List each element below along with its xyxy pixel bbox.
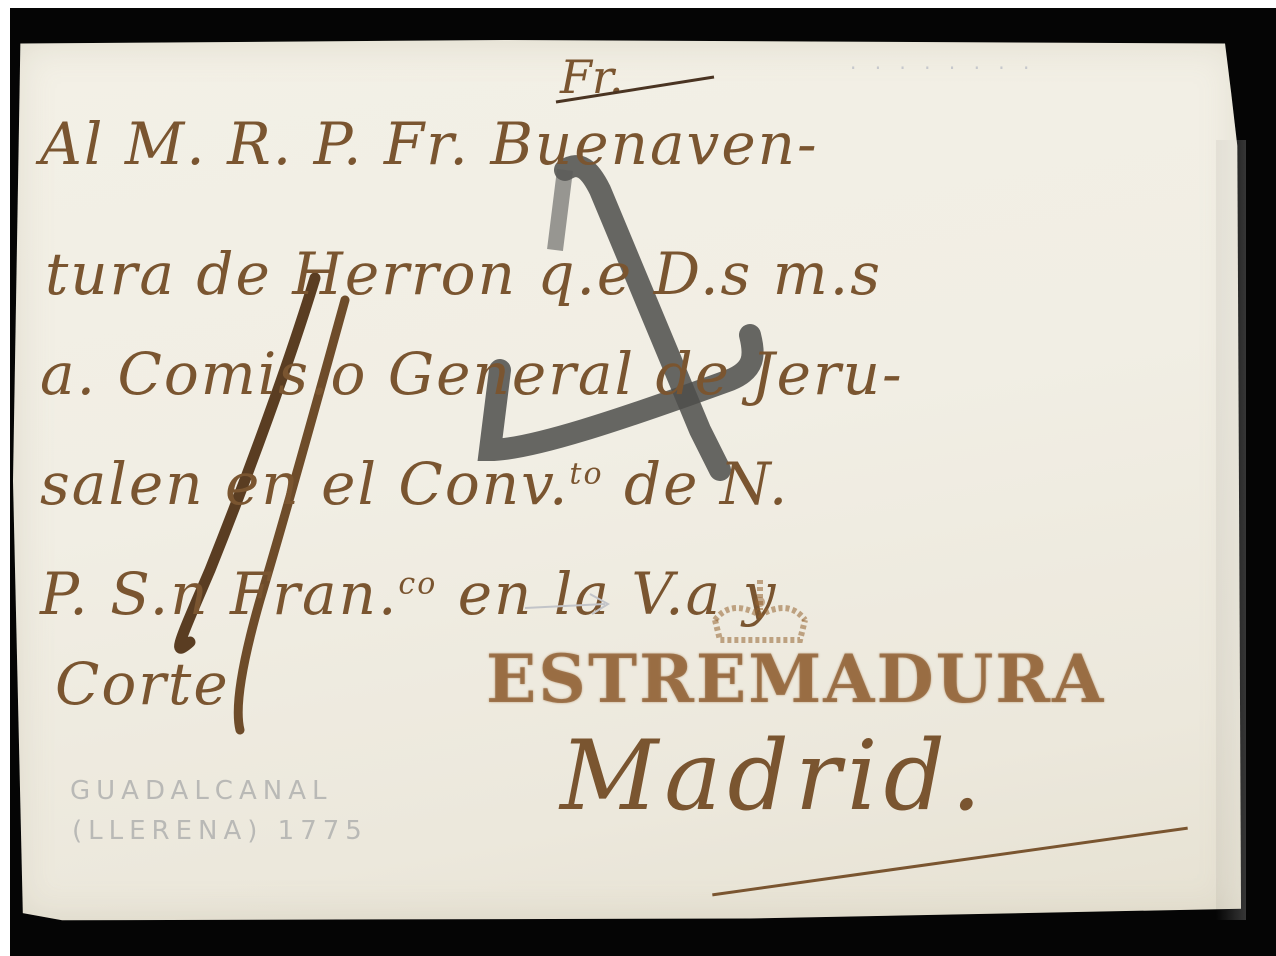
rate-mark-four [470, 130, 790, 490]
address-line-1: Al M. R. P. Fr. Buenaven- [40, 110, 819, 178]
address-line-4: salen en el Conv.to de N. [40, 450, 789, 518]
address-line-5-superscript: co [398, 567, 437, 602]
address-title: Fr. [384, 110, 490, 178]
addressee-name: Buenaven- [490, 110, 818, 178]
destination-madrid: Madrid. [560, 720, 988, 832]
pencil-note-town: GUADALCANAL [70, 776, 332, 806]
pencil-note-district-year: (LLERENA) 1775 [72, 816, 368, 846]
address-line-6: Corte [55, 650, 230, 718]
address-line-4-end: de N. [604, 450, 790, 518]
address-line-2: tura de Herron q.e D.s m.s [45, 240, 882, 308]
faint-pencil-top-note: · · · · · · · · [850, 56, 1035, 80]
address-salutation: Al M. R. P. [40, 110, 384, 178]
address-line-4-superscript: to [569, 457, 603, 492]
address-line-5-text: P. S.n Fran. [40, 560, 398, 628]
paper-fold-edge [1216, 140, 1246, 920]
pencil-arrow [520, 590, 620, 620]
address-line-3: a. Comis.o General de Jeru- [40, 340, 904, 408]
postmark-text: ESTREMADURA [486, 640, 1105, 718]
address-line-4-text: salen en el Conv. [40, 450, 569, 518]
